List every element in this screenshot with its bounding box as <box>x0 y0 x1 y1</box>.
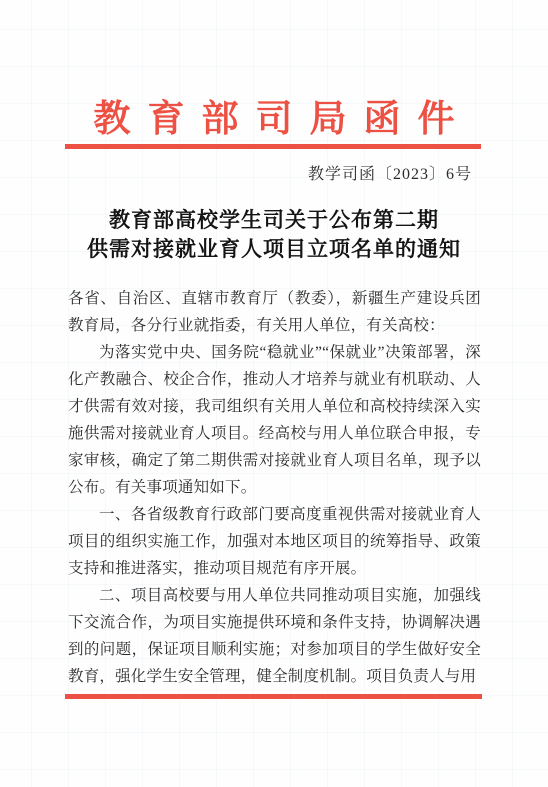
footer-double-rule <box>65 694 482 699</box>
document-title-line-2: 供需对接就业育人项目立项名单的通知 <box>0 235 548 264</box>
letterhead-masthead: 教育部司局函件 <box>0 88 548 142</box>
document-page: 教育部司局函件 教学司函〔2023〕6号 教育部高校学生司关于公布第二期 供需对… <box>0 0 548 787</box>
letterhead-double-rule <box>65 144 481 149</box>
paragraph-intro: 为落实党中央、国务院“稳就业”“保就业”决策部署，深化产教融合、校企合作，推动人… <box>68 339 481 501</box>
document-body: 各省、自治区、直辖市教育厅（教委），新疆生产建设兵团教育局，各分行业就指委，有关… <box>68 285 481 690</box>
paragraph-item-2: 二、项目高校要与用人单位共同推动项目实施，加强线下交流合作，为项目实施提供环境和… <box>68 582 481 690</box>
document-title: 教育部高校学生司关于公布第二期 供需对接就业育人项目立项名单的通知 <box>0 206 548 264</box>
document-title-line-1: 教育部高校学生司关于公布第二期 <box>0 206 548 235</box>
salutation: 各省、自治区、直辖市教育厅（教委），新疆生产建设兵团教育局，各分行业就指委，有关… <box>68 285 481 339</box>
paragraph-item-1: 一、各省级教育行政部门要高度重视供需对接就业育人项目的组织实施工作，加强对本地区… <box>68 501 481 582</box>
document-number: 教学司函〔2023〕6号 <box>308 161 472 184</box>
